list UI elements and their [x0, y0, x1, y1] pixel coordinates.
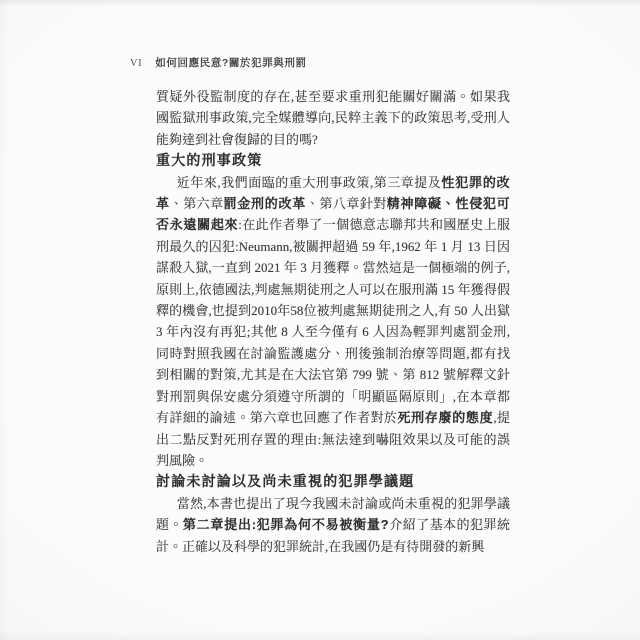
- text-block: 質疑外役監制度的存在,甚至要求重刑犯能關好關滿。如果我國監獄刑事政策,完全媒體導…: [156, 86, 510, 557]
- running-header: VI 如何回應民意?關於犯罪與刑罰: [130, 57, 307, 70]
- opening-paragraph: 質疑外役監制度的存在,甚至要求重刑犯能關好關滿。如果我國監獄刑事政策,完全媒體導…: [156, 86, 510, 150]
- body-text-segment: 質疑外役監制度的存在,甚至要求重刑犯能關好關滿。如果我國監獄刑事政策,完全媒體導…: [156, 89, 510, 147]
- bold-text-segment: 死刑存廢的態度: [397, 410, 493, 425]
- body-text-segment: :在此作者舉了一個德意志聯邦共和國歷史上服刑最久的囚犯:Neumann,被關押超…: [156, 217, 510, 425]
- section-2-paragraph: 當然,本書也提出了現今我國未討論或尚未重視的犯罪學議題。第二章提出:犯罪為何不易…: [156, 493, 510, 557]
- body-text-segment: 、第六章: [170, 196, 224, 211]
- section-heading-undiscussed-criminology-issues: 討論未討論以及尚未重視的犯罪學議題: [156, 471, 510, 492]
- running-title: 如何回應民意?關於犯罪與刑罰: [155, 57, 306, 69]
- body-text-segment: 、第八章針對: [306, 196, 387, 211]
- section-1-paragraph: 近年來,我們面臨的重大刑事政策,第三章提及性犯罪的改革、第六章罰金刑的改革、第八…: [156, 172, 510, 472]
- body-text-segment: 近年來,我們面臨的重大刑事政策,第三章提及: [177, 175, 442, 190]
- book-page: VI 如何回應民意?關於犯罪與刑罰 質疑外役監制度的存在,甚至要求重刑犯能關好關…: [0, 0, 640, 640]
- page-number: VI: [130, 58, 142, 70]
- bold-text-segment: 罰金刑的改革: [224, 196, 306, 211]
- bold-text-segment: 第二章提出:犯罪為何不易被衡量?: [183, 517, 389, 532]
- section-heading-major-criminal-policy: 重大的刑事政策: [156, 150, 510, 171]
